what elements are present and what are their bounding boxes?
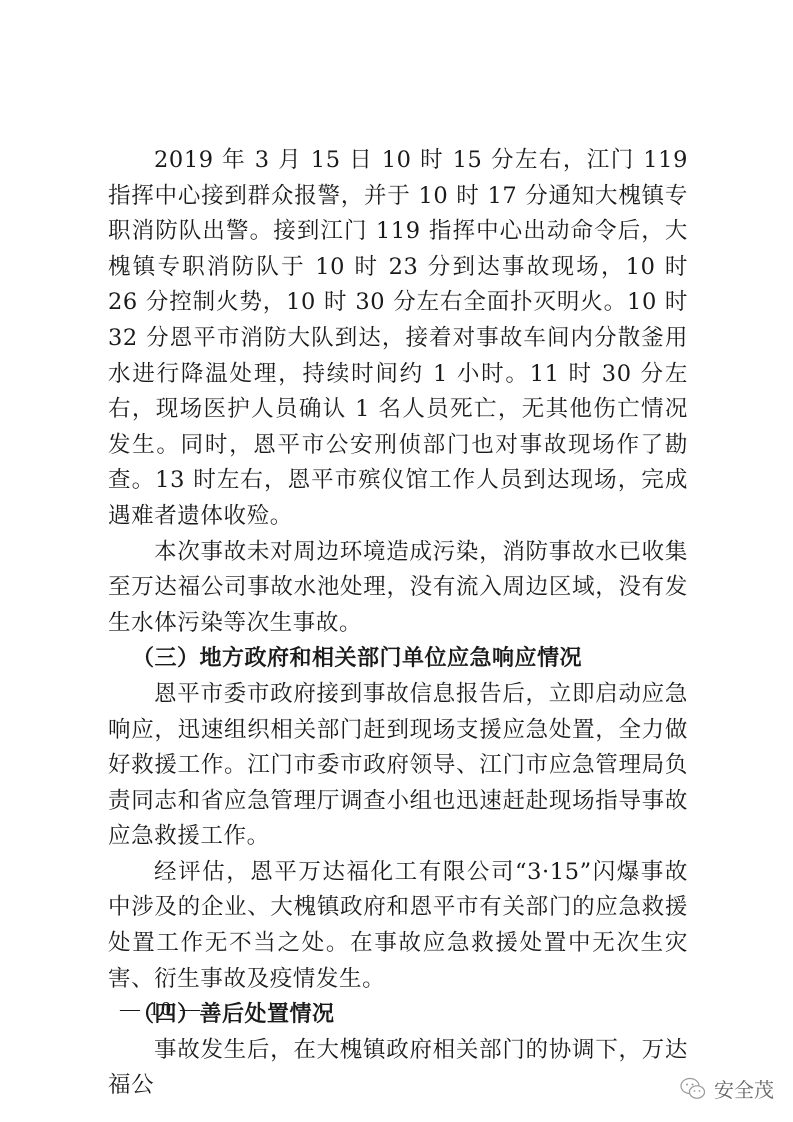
page-number: — 10 — [120,998,202,1021]
wechat-icon [680,1077,706,1101]
paragraph-emergency-timeline: 2019 年 3 月 15 日 10 时 15 分左右，江门 119 指挥中心接… [108,143,688,535]
watermark-label: 安全茂 [714,1074,774,1103]
paragraph-evaluation: 经评估，恩平万达福化工有限公司“3·15”闪爆事故中涉及的企业、大槐镇政府和恩平… [108,855,688,997]
paragraph-aftermath: 事故发生后，在大槐镇政府相关部门的协调下，万达福公 [108,1033,688,1104]
document-page: 2019 年 3 月 15 日 10 时 15 分左右，江门 119 指挥中心接… [0,0,793,1122]
document-body: 2019 年 3 月 15 日 10 时 15 分左右，江门 119 指挥中心接… [108,143,688,1104]
paragraph-environment: 本次事故未对周边环境造成污染，消防事故水已收集至万达福公司事故水池处理，没有流入… [108,535,688,642]
paragraph-government-response: 恩平市委市政府接到事故信息报告后，立即启动应急响应，迅速组织相关部门赶到现场支援… [108,677,688,855]
watermark: 安全茂 [680,1074,774,1103]
section-heading-government-response: （三）地方政府和相关部门单位应急响应情况 [108,641,688,677]
